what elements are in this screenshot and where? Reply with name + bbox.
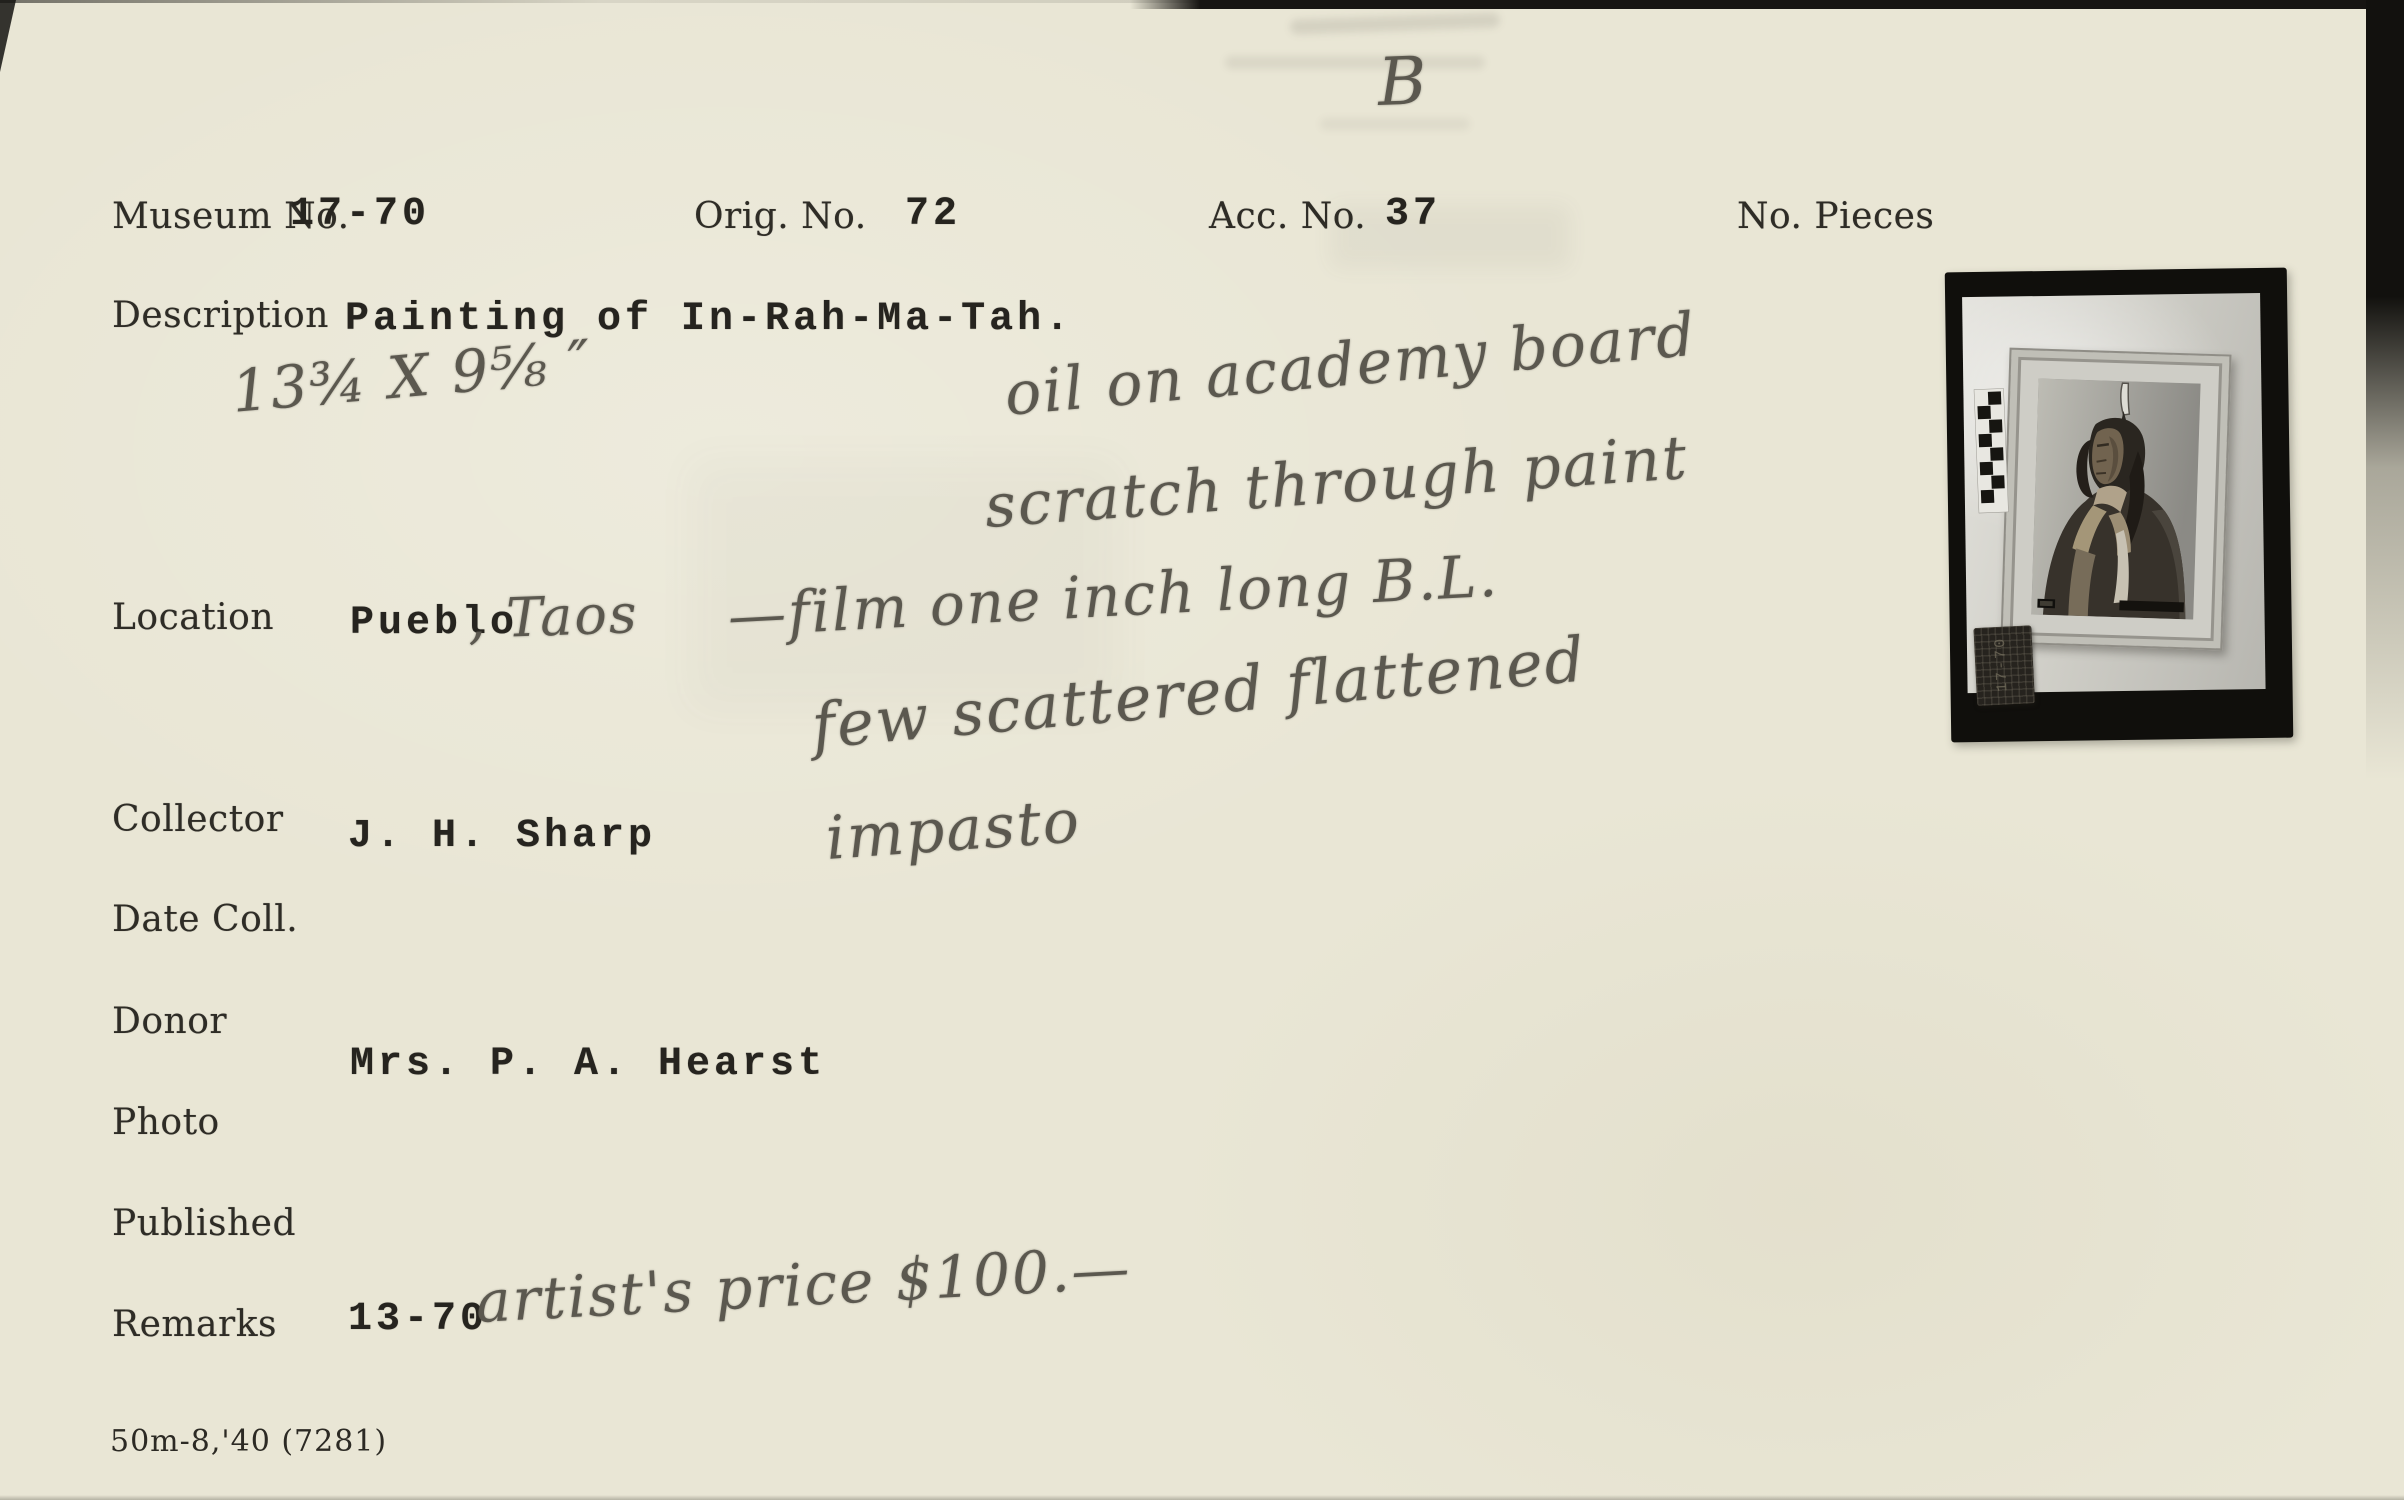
museum-no-value: 17-70	[290, 192, 430, 237]
painting-frame	[2000, 348, 2231, 651]
no-pieces-label: No. Pieces	[1737, 196, 1934, 237]
description-value: Painting of In-Rah-Ma-Tah.	[345, 297, 1073, 342]
acc-no-value: 37	[1385, 192, 1441, 237]
portrait-painting	[2031, 379, 2200, 620]
ink-smudge	[1290, 12, 1500, 34]
location-label: Location	[112, 597, 274, 638]
condition-note: scratch through paint	[983, 423, 1691, 542]
orig-no-value: 72	[905, 192, 961, 237]
portrait-of-in-rah-ma-tah	[2031, 379, 2200, 620]
top-annotation-b: B	[1377, 42, 1430, 121]
handwritten-dimensions: 13¾ X 9⅝ ″	[229, 327, 595, 426]
location-handwritten-value: , Taos	[467, 582, 640, 651]
scan-edge-bottom	[0, 1495, 2404, 1500]
photo-backing-paper: 17-70	[1962, 293, 2266, 693]
condition-note: oil on academy board	[1002, 300, 1699, 430]
orig-no-label: Orig. No.	[694, 196, 867, 237]
ink-smudge	[1225, 56, 1485, 69]
scan-edge-top-strip	[1130, 0, 2370, 9]
attached-photograph: 17-70	[1945, 268, 2294, 743]
card-stock-code: 50m-8,'40 (7281)	[110, 1424, 387, 1459]
scan-edge-corner	[0, 0, 16, 72]
plaque-number: 17-70	[1992, 636, 2012, 692]
condition-note: impasto	[824, 786, 1084, 874]
date-coll-label: Date Coll.	[112, 899, 298, 940]
acc-no-label: Acc. No.	[1209, 196, 1366, 237]
published-label: Published	[112, 1203, 296, 1244]
donor-label: Donor	[112, 1001, 227, 1042]
description-label: Description	[112, 295, 329, 336]
checker-scale-icon	[1974, 388, 2009, 513]
remarks-typed-value: 13-70	[348, 1297, 488, 1342]
collector-label: Collector	[112, 799, 284, 840]
museum-number-plaque: 17-70	[1973, 625, 2035, 706]
donor-value: Mrs. P. A. Hearst	[350, 1042, 826, 1087]
scan-edge-right	[2366, 0, 2404, 780]
remarks-handwritten-value: artist's price $100.—	[474, 1234, 1133, 1336]
photo-label: Photo	[112, 1102, 220, 1143]
collector-value: J. H. Sharp	[348, 814, 656, 859]
photo-scale-bar	[1974, 388, 2009, 513]
remarks-label: Remarks	[112, 1304, 277, 1345]
catalog-card: B Museum No. 17-70 Orig. No. 72 Acc. No.…	[0, 0, 2404, 1500]
